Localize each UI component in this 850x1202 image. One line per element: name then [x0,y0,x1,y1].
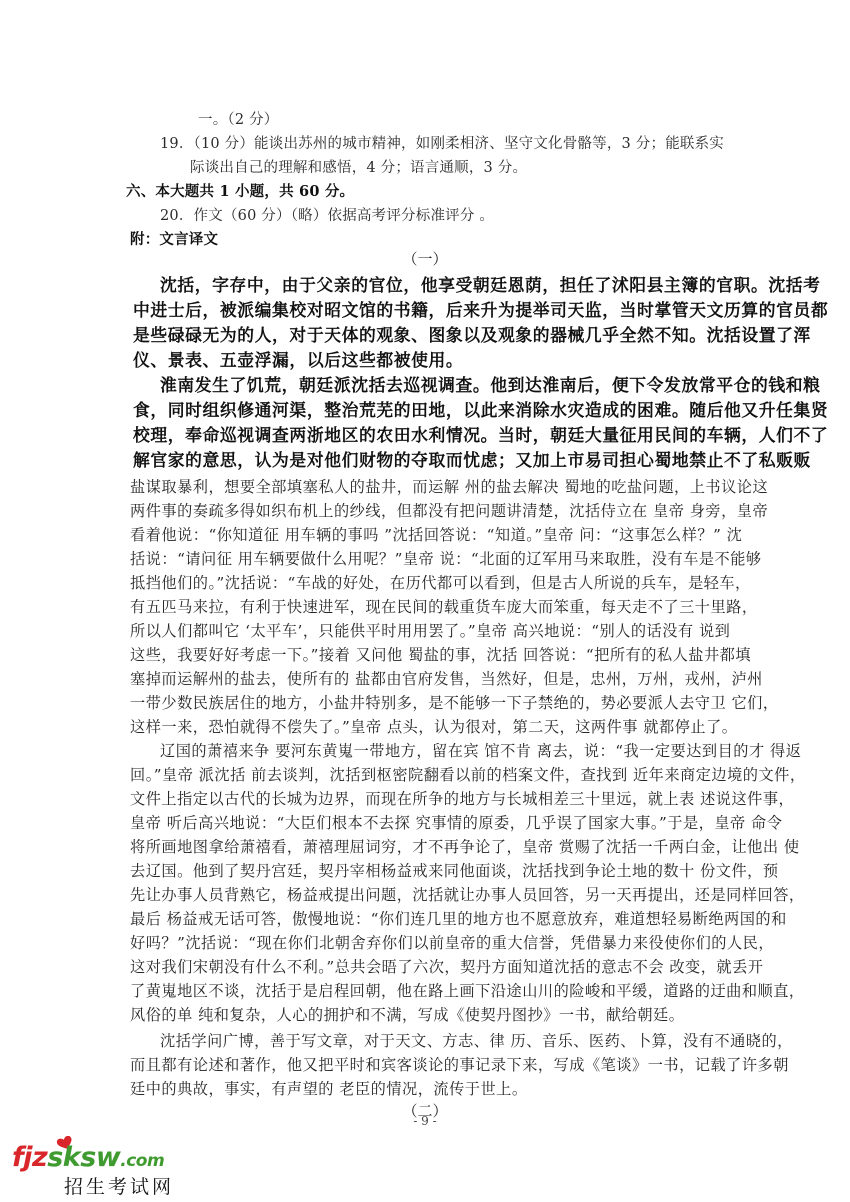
paragraph-line: 而且都有论述和著作，他又把平时和宾客谈论的事记录下来，写成《笔谈》一书，记载了许… [130,1054,789,1075]
paragraph-line: 辽国的萧禧来争 要河东黄嵬一带地方，留在宾 馆不肯 离去，说：“我一定要达到目的… [160,740,801,761]
paragraph-line: 这对我们宋朝没有什么不利。”总共会晤了六次，契丹方面知道沈括的意志不会 改变，就… [130,956,764,977]
paragraph-line: 文件上指定以古代的长城为边界，而现在所争的地方与长城相差三十里远，就上表 述说这… [130,788,794,809]
section6-heading: 六、本大题共 1 小题，共 60 分。 [126,180,354,201]
paragraph-line: 将所画地图拿给萧禧看，萧禧理屈词穷，才不再争论了，皇帝 赏赐了沈括一千两白金，让… [130,836,800,857]
q19-line2: 际谈出自己的理解和感悟，4 分；语言通顺，3 分。 [190,156,527,177]
paragraph-line: 风俗的单 纯和复杂，人心的拥护和不满，写成《使契丹图抄》一书，献给朝廷。 [130,1004,684,1025]
paragraph-line: 仪、景表、五壶浮漏，以后这些都被使用。 [133,347,463,371]
paragraph-line: 校理，奉命巡视调查两浙地区的农田水利情况。当时，朝廷大量征用民间的车辆，人们不了 [133,422,828,446]
appendix-title: 附：文言译文 [130,228,218,249]
paragraph-line: 两件事的奏疏多得如织布机上的纱线，但都没有把问题讲清楚，沈括侍立在 皇帝 身旁，… [130,500,768,521]
logo-wordmark: fjzsksw.com [12,1142,164,1173]
paragraph-line: 回。”皇帝 派沈括 前去谈判，沈括到枢密院翻看以前的档案文件，查找到 近年来商定… [130,764,806,785]
paragraph-line: 淮南发生了饥荒，朝廷派沈括去巡视调查。他到达淮南后，便下令发放常平仓的钱和粮 [160,372,821,396]
paragraph-line: 有五匹马来拉，有利于快速进军，现在民间的载重货车庞大而笨重，每天走不了三十里路， [130,596,758,617]
paragraph-line: 盐谋取暴利，想要全部填塞私人的盐井，而运解 州的盐去解决 蜀地的吃盐问题，上书议… [130,476,768,497]
logo-red-part: fjz [12,1142,47,1173]
paragraph-line: 先让办事人员背熟它，杨益戒提出问题，沈括就让办事人员回答，另一天再提出，还是同样… [130,884,805,905]
paragraph-line: 这些，我要好好考虑一下。”接着 又问他 蜀盐的事，沈括 回答说：“把所有的私人盐… [130,644,751,665]
paragraph-line: 食，同时组织修通河渠，整治荒芜的田地，以此来消除水灾造成的困难。随后他又升任集贤 [133,397,828,421]
paragraph-line: 括说：“请问征 用车辆要做什么用呢？”皇帝 说：“北面的辽军用马来取胜，没有车是… [130,548,762,569]
logo-chinese-name: 招生考试网 [64,1172,174,1199]
paragraph-line: 沈括学问广博，善于写文章，对于天文、方志、律 历、音乐、医药、卜算，没有不通晓的… [160,1030,793,1051]
paragraph-line: 一带少数民族居住的地方，小盐井特别多，是不能够一下子禁绝的，势必要派人去守卫 它… [130,692,779,713]
q19-line1: 19．（10 分）能谈出苏州的城市精神，如刚柔相济、坚守文化骨骼等，3 分；能联… [160,132,724,153]
paragraph-line: 塞掉而运解州的盐去，使所有的 盐都由官府发售，当然好，但是，忠州，万州，戎州，泸… [130,668,763,689]
document-page: 一。（2 分） 19．（10 分）能谈出苏州的城市精神，如刚柔相济、坚守文化骨骼… [0,0,850,1202]
paragraph-line: 解官家的意思，认为是对他们财物的夺取而忧虑；又加上市易司担心蜀地禁止不了私贩贩 [133,447,811,471]
site-logo[interactable]: fjzsksw.com 招生考试网 [12,1136,182,1196]
paragraph-line: 廷中的典故，事实，有声望的 老臣的情况，流传于世上。 [130,1078,528,1099]
paragraph-line: 最后 杨益戒无话可答，傲慢地说：“你们连几里的地方也不愿意放弃，难道想轻易断绝两… [130,908,787,929]
paragraph-line: 沈括，字存中，由于父亲的官位，他享受朝廷恩荫，担任了沭阳县主簿的官职。沈括考 [160,272,821,296]
q18-tail: 一。（2 分） [198,108,278,129]
paragraph-line: 看着他说：“你知道征 用车辆的事吗 ”沈括回答说：“知道。”皇帝 问：“这事怎么… [130,524,742,545]
paragraph-line: 抵挡他们的。”沈括说：“车战的好处，在历代都可以看到，但是古人所说的兵车，是轻车… [130,572,751,593]
logo-green-part: sksw [47,1142,120,1173]
section1-title: （一） [0,248,850,269]
paragraph-line: 好吗？”沈括说：“现在你们北朝舍弃你们以前皇帝的重大信誉，凭借暴力来役使你们的人… [130,932,774,953]
paragraph-line: 皇帝 听后高兴地说：“大臣们根本不去探 究事情的原委，几乎误了国家大事。”于是，… [130,812,782,833]
paragraph-line: 这样一来，恐怕就得不偿失了。”皇帝 点头，认为很对，第二天，这两件事 就都停止了… [130,716,737,737]
paragraph-line: 所以人们都叫它 ‘太平车’，只能供平时用用罢了。”皇帝 高兴地说：“别人的话没有… [130,620,730,641]
page-number: - 9 - [0,1114,850,1128]
q20-line: 20．作文（60 分）（略）依据高考评分标准评分 。 [160,204,494,225]
paragraph-line: 了黄嵬地区不谈，沈括于是启程回朝，他在路上画下沿途山川的险峻和平缓，道路的迂曲和… [130,980,805,1001]
paragraph-line: 去辽国。他到了契丹宫廷，契丹宰相杨益戒来同他面谈，沈括找到争论土地的数十 份文件… [130,860,779,881]
paragraph-line: 中进士后，被派编集校对昭文馆的书籍，后来升为提举司天监，当时掌管天文历算的官员都 [133,297,828,321]
paragraph-line: 是些碌碌无为的人，对于天体的观象、图象以及观象的器械几乎全然不知。沈括设置了浑 [133,322,811,346]
logo-domain-suffix: .com [120,1151,164,1171]
